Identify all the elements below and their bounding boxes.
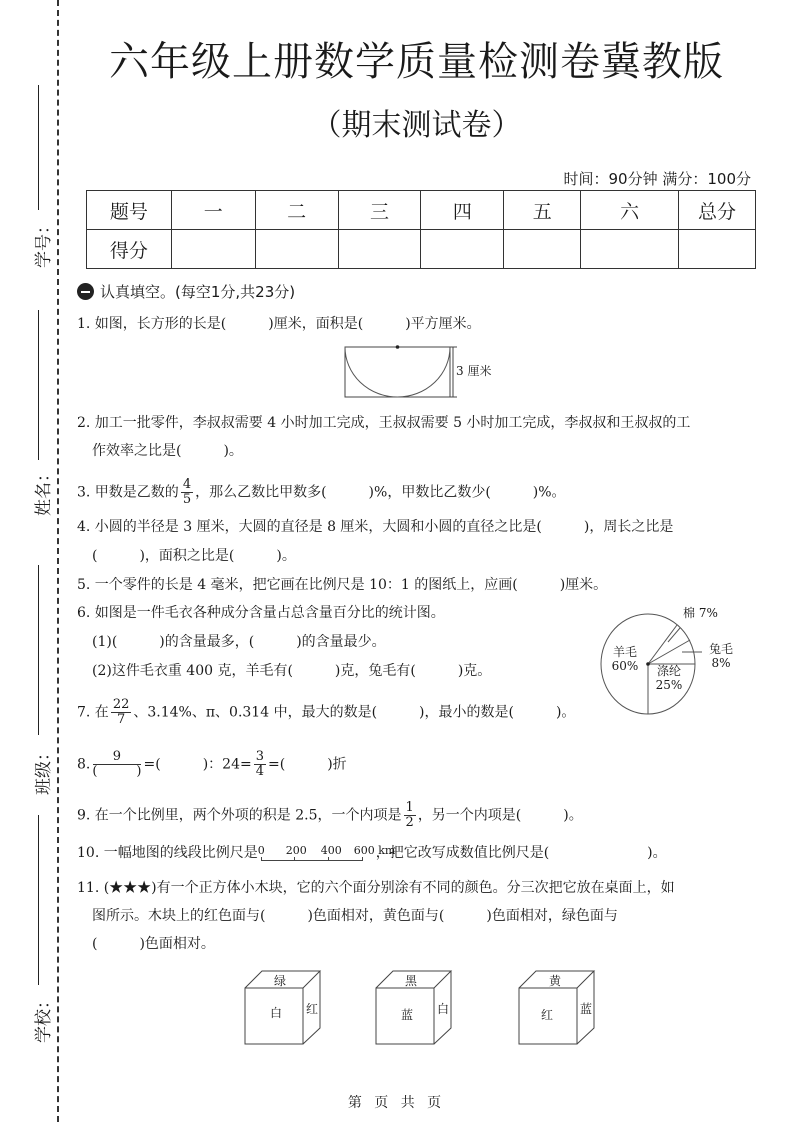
question-11-line-2: 图所示。木块上的红色面与( )色面相对，黄色面与( )色面相对，绿色面与 — [92, 906, 618, 926]
cell-section-3: 三 — [338, 191, 421, 230]
question-3: 3. 甲数是乙数的45，那么乙数比甲数多( )%，甲数比乙数少( )%。 — [77, 478, 566, 507]
q8-text-mid: =( )：24= — [144, 757, 252, 773]
pie-label-polyester: 涤纶 25% — [652, 664, 686, 692]
time-score-info: 时间：90分钟 满分：100分 — [564, 168, 752, 189]
q1-figure-label: 3 厘米 — [456, 362, 491, 379]
question-10: 10. 一幅地图的线段比例尺是 0 200 400 600 km ，把它改写成数… — [77, 843, 667, 863]
score-input-5[interactable] — [504, 230, 581, 269]
page-footer: 第 页 共 页 — [0, 1092, 793, 1112]
question-11-line-1: 11. (★★★)有一个正方体小木块，它的六个面分别涂有不同的颜色。分三次把它放… — [77, 878, 675, 898]
binding-dashed-line — [57, 0, 59, 1122]
q10-scale-bar: 0 200 400 600 km — [258, 843, 376, 863]
q3-text-post: ，那么乙数比甲数多( )%，甲数比乙数少( )%。 — [195, 485, 565, 501]
question-2-line-1: 2. 加工一批零件，李叔叔需要 4 小时加工完成，王叔叔需要 5 小时加工完成，… — [77, 413, 690, 433]
question-8: 8.9( )=( )：24=34=( )折 — [77, 750, 347, 779]
q7-text-pre: 7. 在 — [77, 705, 109, 721]
cell-score-label: 得分 — [87, 230, 172, 269]
score-input-6[interactable] — [581, 230, 679, 269]
question-6: 6. 如图是一件毛衣各种成分含量占总含量百分比的统计图。 — [77, 603, 445, 623]
cube-1-right: 红 — [306, 1000, 318, 1017]
page-subtitle: （期末测试卷） — [0, 100, 793, 144]
question-4-line-1: 4. 小圆的半径是 3 厘米，大圆的直径是 8 厘米，大圆和小圆的直径之比是( … — [77, 517, 673, 537]
cell-section-5: 五 — [504, 191, 581, 230]
question-1: 1. 如图，长方形的长是( )厘米，面积是( )平方厘米。 — [77, 314, 481, 334]
score-table-score-row: 得分 — [87, 230, 756, 269]
pie-label-rabbit-hair: 兔毛 8% — [706, 642, 736, 670]
page-title: 六年级上册数学质量检测卷冀教版 — [0, 30, 793, 87]
cell-section-2: 二 — [255, 191, 338, 230]
score-input-1[interactable] — [171, 230, 255, 269]
cell-section-4: 四 — [421, 191, 504, 230]
student-id-label: 学号： — [29, 217, 54, 268]
score-table: 题号 一 二 三 四 五 六 总分 得分 — [86, 190, 756, 269]
score-input-total[interactable] — [679, 230, 756, 269]
cube-figures — [240, 968, 620, 1048]
school-label: 学校： — [29, 992, 54, 1043]
question-6-part-2: (2)这件毛衣重 400 克，羊毛有( )克，兔毛有( )克。 — [92, 661, 491, 681]
q3-fraction: 45 — [181, 478, 193, 507]
q3-text-pre: 3. 甲数是乙数的 — [77, 485, 179, 501]
cube-3-front: 红 — [541, 1006, 553, 1023]
class-label: 班级： — [29, 744, 54, 795]
cube-2-top: 黑 — [405, 972, 417, 989]
q8-text-post: =( )折 — [268, 757, 347, 773]
q9-text-post: ，另一个内项是( )。 — [418, 808, 583, 824]
section-number-icon — [77, 283, 94, 300]
cell-total: 总分 — [679, 191, 756, 230]
cube-1-front: 白 — [270, 1004, 282, 1021]
cell-section-6: 六 — [581, 191, 679, 230]
pie-label-cotton: 棉 7% — [683, 606, 718, 620]
question-6-part-1: (1)( )的含量最多，( )的含量最少。 — [92, 632, 386, 652]
question-2-line-2: 作效率之比是( )。 — [92, 441, 243, 461]
pie-label-wool: 羊毛 60% — [608, 645, 642, 673]
score-input-4[interactable] — [421, 230, 504, 269]
cube-2-front: 蓝 — [401, 1006, 413, 1023]
school-line[interactable] — [38, 815, 39, 985]
q8-fraction-1: 9( ) — [92, 750, 141, 779]
score-input-2[interactable] — [255, 230, 338, 269]
cell-section-1: 一 — [171, 191, 255, 230]
name-line[interactable] — [38, 310, 39, 460]
score-input-3[interactable] — [338, 230, 421, 269]
name-label: 姓名： — [29, 465, 54, 516]
section-1-heading: 认真填空。(每空1分,共23分) — [77, 281, 295, 302]
q8-text-pre: 8. — [77, 757, 90, 773]
cell-question-number: 题号 — [87, 191, 172, 230]
question-5: 5. 一个零件的长是 4 毫米，把它画在比例尺是 10：1 的图纸上，应画( )… — [77, 575, 607, 595]
question-7: 7. 在227、3.14%、π、0.314 中，最大的数是( )，最小的数是( … — [77, 698, 575, 727]
cube-3-right: 蓝 — [580, 1000, 592, 1017]
section-1-title: 认真填空。(每空1分,共23分) — [100, 281, 295, 302]
q9-fraction: 12 — [404, 801, 416, 830]
class-line[interactable] — [38, 565, 39, 735]
q10-text-pre: 10. 一幅地图的线段比例尺是 — [77, 845, 258, 861]
score-table-header-row: 题号 一 二 三 四 五 六 总分 — [87, 191, 756, 230]
cube-1-top: 绿 — [274, 972, 286, 989]
q7-fraction: 227 — [111, 698, 132, 727]
cube-2-right: 白 — [437, 1000, 449, 1017]
q10-text-post: ，把它改写成数值比例尺是( )。 — [376, 845, 667, 861]
question-9: 9. 在一个比例里，两个外项的积是 2.5，一个内项是12，另一个内项是( )。 — [77, 801, 583, 830]
q7-text-post: 、3.14%、π、0.314 中，最大的数是( )，最小的数是( )。 — [133, 705, 575, 721]
question-4-line-2: ( )，面积之比是( )。 — [92, 546, 296, 566]
q8-fraction-2: 34 — [254, 750, 266, 779]
question-11-line-3: ( )色面相对。 — [92, 934, 215, 954]
q9-text-pre: 9. 在一个比例里，两个外项的积是 2.5，一个内项是 — [77, 808, 402, 824]
cube-3-top: 黄 — [549, 972, 561, 989]
